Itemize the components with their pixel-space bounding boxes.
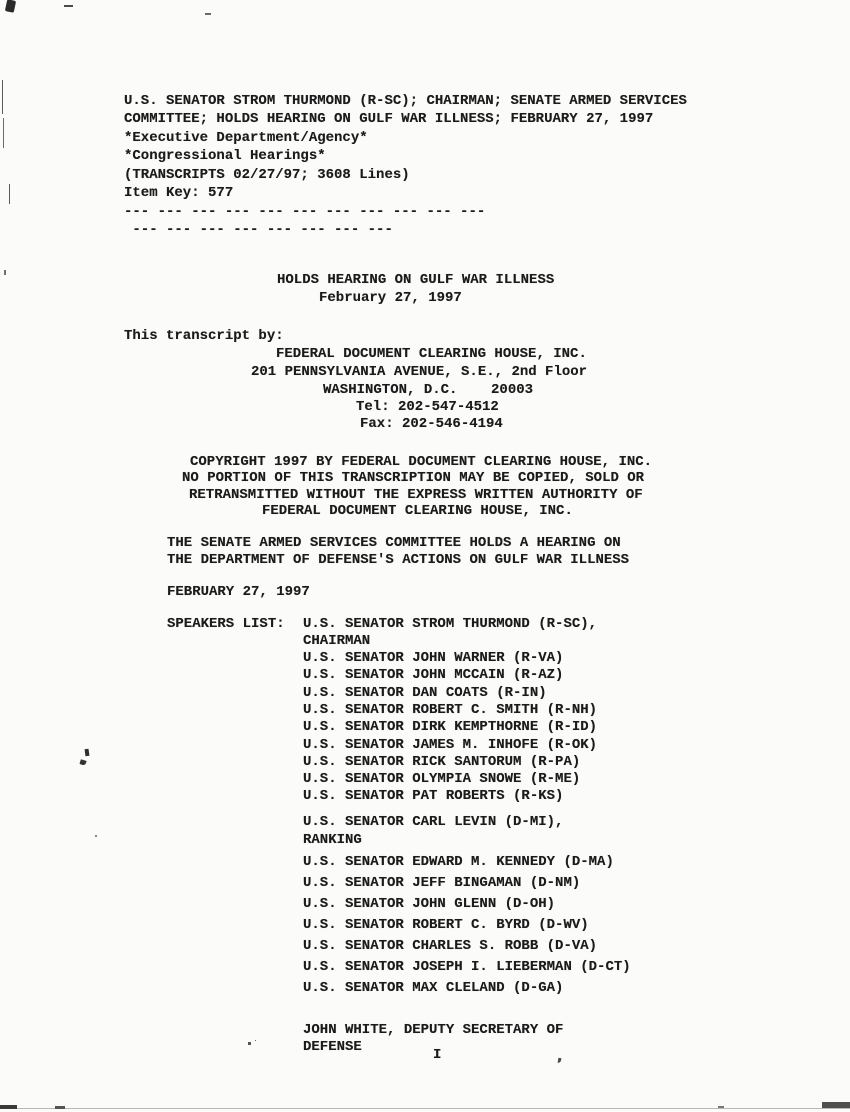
doc-line: U.S. SENATOR EDWARD M. KENNEDY (D-MA): [303, 855, 614, 869]
scanned-document-page: U.S. SENATOR STROM THURMOND (R-SC); CHAI…: [0, 0, 850, 1112]
doc-line: FEDERAL DOCUMENT CLEARING HOUSE, INC.: [262, 504, 573, 518]
doc-line: U.S. SENATOR JOSEPH I. LIEBERMAN (D-CT): [303, 960, 631, 974]
doc-line: U.S. SENATOR JOHN GLENN (D-OH): [303, 897, 555, 911]
doc-line: DEFENSE: [303, 1040, 362, 1054]
doc-line: U.S. SENATOR JOHN MCCAIN (R-AZ): [303, 668, 563, 682]
scan-artifact-footer-comma: [558, 1058, 562, 1063]
doc-line: COPYRIGHT 1997 BY FEDERAL DOCUMENT CLEAR…: [190, 455, 652, 469]
scan-artifact-bottom-speck-3: [718, 1106, 724, 1108]
page-number: I: [433, 1048, 441, 1062]
doc-line: JOHN WHITE, DEPUTY SECRETARY OF: [303, 1023, 563, 1037]
doc-line: THE DEPARTMENT OF DEFENSE'S ACTIONS ON G…: [167, 553, 629, 567]
doc-line: RETRANSMITTED WITHOUT THE EXPRESS WRITTE…: [189, 488, 643, 502]
scan-artifact-bottom-line: [0, 1108, 850, 1109]
doc-line: U.S. SENATOR DIRK KEMPTHORNE (R-ID): [303, 720, 597, 734]
doc-line: HOLDS HEARING ON GULF WAR ILLNESS: [277, 273, 554, 287]
scan-artifact-top-dash: [64, 5, 73, 7]
scan-artifact-top-speck: [205, 13, 211, 15]
scan-artifact-corner-blot: [5, 0, 16, 13]
scan-artifact-bottom-right-block: [822, 1102, 850, 1108]
doc-line: (TRANSCRIPTS 02/27/97; 3608 Lines): [124, 168, 410, 182]
doc-line: *Executive Department/Agency*: [124, 131, 368, 145]
doc-line: U.S. SENATOR STROM THURMOND (R-SC),: [303, 617, 597, 631]
scan-artifact-left-line-3: [9, 184, 10, 204]
scan-artifact-margin-dot: [95, 835, 97, 837]
doc-line: U.S. SENATOR CARL LEVIN (D-MI),: [303, 815, 563, 829]
doc-line: NO PORTION OF THIS TRANSCRIPTION MAY BE …: [182, 471, 644, 485]
doc-line: SPEAKERS LIST:: [167, 617, 285, 631]
doc-line: Item Key: 577: [124, 186, 233, 200]
doc-line: U.S. SENATOR PAT ROBERTS (R-KS): [303, 789, 563, 803]
doc-line: U.S. SENATOR OLYMPIA SNOWE (R-ME): [303, 772, 580, 786]
scan-artifact-left-tick: [4, 270, 6, 275]
doc-line: Tel: 202-547-4512: [356, 400, 499, 414]
scan-artifact-left-line-2: [3, 118, 4, 148]
doc-line: U.S. SENATOR DAN COATS (R-IN): [303, 686, 547, 700]
scan-artifact-margin-blot-2: [79, 759, 86, 766]
doc-line: RANKING: [303, 833, 362, 847]
doc-line: U.S. SENATOR STROM THURMOND (R-SC); CHAI…: [124, 94, 687, 108]
scan-artifact-margin-blot-1: [85, 749, 90, 756]
doc-line: CHAIRMAN: [303, 634, 370, 648]
doc-line: U.S. SENATOR ROBERT C. SMITH (R-NH): [303, 703, 597, 717]
scan-artifact-left-line-1: [2, 80, 3, 114]
scan-artifact-bottom-speck-1: [0, 1105, 17, 1109]
doc-line: U.S. SENATOR JEFF BINGAMAN (D-NM): [303, 876, 580, 890]
doc-line: *Congressional Hearings*: [124, 149, 326, 163]
scan-artifact-bottom-speck-2: [55, 1106, 65, 1109]
doc-line: WASHINGTON, D.C. 20003: [323, 383, 533, 397]
doc-line: Fax: 202-546-4194: [360, 417, 503, 431]
doc-line: U.S. SENATOR CHARLES S. ROBB (D-VA): [303, 939, 597, 953]
doc-line: FEDERAL DOCUMENT CLEARING HOUSE, INC.: [276, 347, 587, 361]
doc-line: FEBRUARY 27, 1997: [167, 585, 310, 599]
doc-line: U.S. SENATOR MAX CLELAND (D-GA): [303, 981, 563, 995]
doc-line: THE SENATE ARMED SERVICES COMMITTEE HOLD…: [167, 536, 621, 550]
doc-line: U.S. SENATOR JAMES M. INHOFE (R-OK): [303, 738, 597, 752]
doc-line: --- --- --- --- --- --- --- ---: [124, 223, 393, 237]
doc-line: U.S. SENATOR RICK SANTORUM (R-PA): [303, 755, 580, 769]
doc-line: U.S. SENATOR ROBERT C. BYRD (D-WV): [303, 918, 589, 932]
doc-line: 201 PENNSYLVANIA AVENUE, S.E., 2nd Floor: [251, 365, 587, 379]
scan-artifact-footer-dots: [248, 1042, 251, 1045]
doc-line: February 27, 1997: [319, 291, 462, 305]
doc-line: --- --- --- --- --- --- --- --- --- --- …: [124, 205, 485, 219]
doc-line: U.S. SENATOR JOHN WARNER (R-VA): [303, 651, 563, 665]
doc-line: COMMITTEE; HOLDS HEARING ON GULF WAR ILL…: [124, 112, 653, 126]
doc-line: This transcript by:: [124, 329, 284, 343]
